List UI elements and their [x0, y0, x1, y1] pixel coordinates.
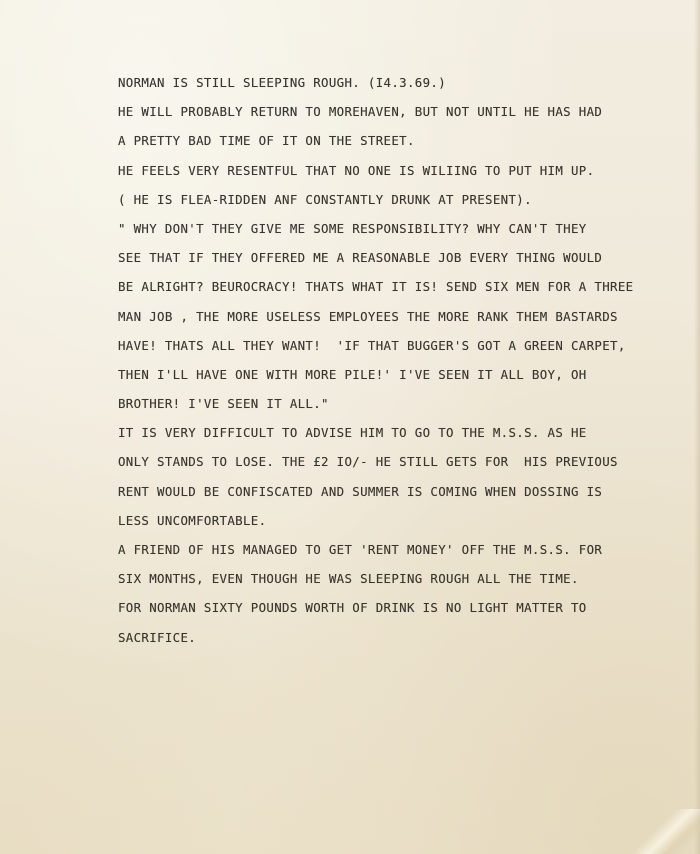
text-line: ( HE IS FLEA-RIDDEN ANF CONSTANTLY DRUNK… — [118, 185, 698, 214]
text-line: SACRIFICE. — [118, 623, 698, 652]
text-line: SIX MONTHS, EVEN THOUGH HE WAS SLEEPING … — [118, 564, 698, 593]
text-line: THEN I'LL HAVE ONE WITH MORE PILE!' I'VE… — [118, 360, 698, 389]
text-line: NORMAN IS STILL SLEEPING ROUGH. (I4.3.69… — [118, 68, 698, 97]
text-line: ONLY STANDS TO LOSE. THE £2 IO/- HE STIL… — [118, 447, 698, 476]
text-line: A FRIEND OF HIS MANAGED TO GET 'RENT MON… — [118, 535, 698, 564]
text-line: RENT WOULD BE CONFISCATED AND SUMMER IS … — [118, 477, 698, 506]
text-line: FOR NORMAN SIXTY POUNDS WORTH OF DRINK I… — [118, 593, 698, 622]
text-line: MAN JOB , THE MORE USELESS EMPLOYEES THE… — [118, 302, 698, 331]
text-line: BE ALRIGHT? BEUROCRACY! THATS WHAT IT IS… — [118, 272, 698, 301]
typewritten-page: NORMAN IS STILL SLEEPING ROUGH. (I4.3.69… — [0, 0, 700, 854]
text-line: " WHY DON'T THEY GIVE ME SOME RESPONSIBI… — [118, 214, 698, 243]
text-line: HE FEELS VERY RESENTFUL THAT NO ONE IS W… — [118, 156, 698, 185]
text-line: HE WILL PROBABLY RETURN TO MOREHAVEN, BU… — [118, 97, 698, 126]
paper-edge-shadow — [694, 0, 700, 854]
text-line: A PRETTY BAD TIME OF IT ON THE STREET. — [118, 126, 698, 155]
text-line: IT IS VERY DIFFICULT TO ADVISE HIM TO GO… — [118, 418, 698, 447]
text-line: SEE THAT IF THEY OFFERED ME A REASONABLE… — [118, 243, 698, 272]
typescript-body: NORMAN IS STILL SLEEPING ROUGH. (I4.3.69… — [118, 68, 698, 652]
text-line: HAVE! THATS All THEY WANT! 'IF THAT BUGG… — [118, 331, 698, 360]
text-line: LESS UNCOMFORTABLE. — [118, 506, 698, 535]
text-line: BROTHER! I'VE SEEN IT ALL." — [118, 389, 698, 418]
paper-crease — [630, 809, 700, 854]
